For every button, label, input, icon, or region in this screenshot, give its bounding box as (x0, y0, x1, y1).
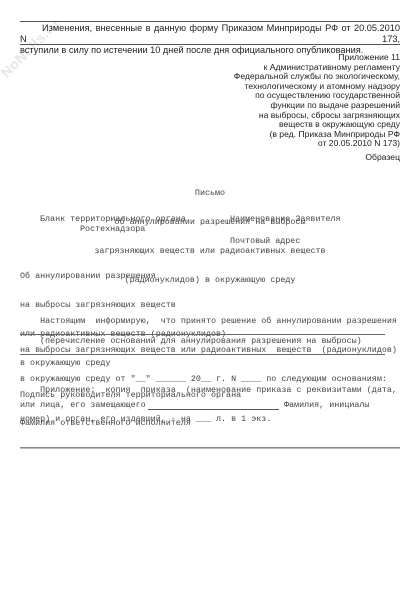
signature-deputy-label: или лица, его замещающего (20, 401, 146, 411)
signature-line (148, 409, 279, 410)
signature-name-label: Фамилия, инициалы (284, 401, 369, 411)
body-line: Настоящим информирую, что принято решени… (20, 317, 397, 327)
notice-line-1: Изменения, внесенные в данную форму Прик… (20, 23, 400, 45)
appendix-line: от 20.05.2010 N 173) (160, 139, 400, 149)
title-line: Письмо (0, 189, 420, 199)
reasons-rule-bottom (20, 354, 385, 355)
notice-bottom-rule (20, 44, 400, 45)
subject-line: Об аннулировании разрешения (20, 272, 226, 282)
appendix-reference: Приложение 11 к Административному реглам… (160, 53, 400, 149)
reasons-caption: (перечисление оснований для аннулировани… (40, 337, 362, 347)
notice-top-rule (20, 21, 400, 22)
sender-agency-label: Ростехнадзора (80, 225, 145, 235)
reasons-rule-top (20, 334, 385, 335)
postal-address-label: Почтовый адрес (230, 237, 300, 247)
document-bottom-rule (20, 447, 400, 449)
executor-label: Фамилия ответственного исполнителя (20, 419, 191, 429)
sample-label: Образец (365, 152, 400, 162)
document-page: NoNulls.ru Изменения, внесенные в данную… (0, 0, 420, 600)
applicant-name-label: Наименование Заявителя (230, 215, 341, 225)
